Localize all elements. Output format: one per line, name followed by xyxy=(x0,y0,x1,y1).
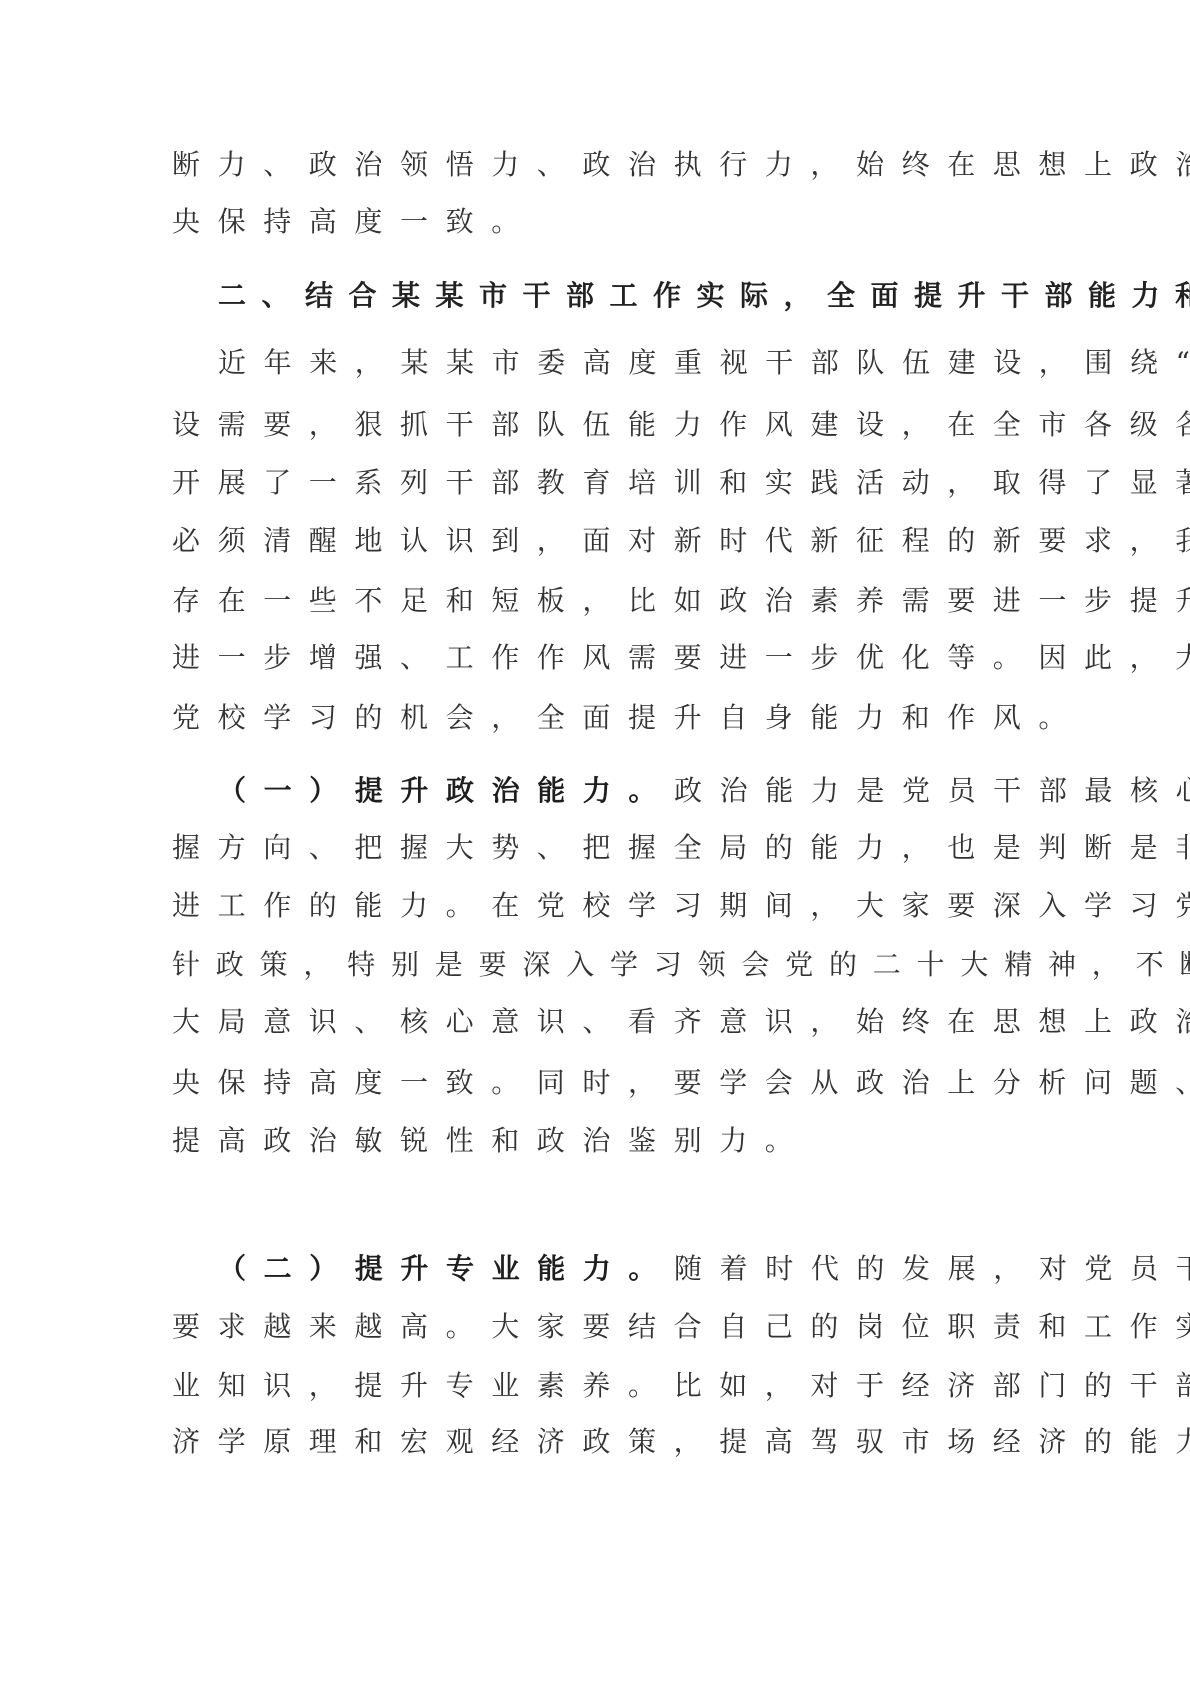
paragraph-line: 开展了一系列干部教育培训和实践活动，取得了显著成效。但我们也 xyxy=(172,463,1022,503)
paragraph-line: 济学原理和宏观经济政策，提高驾驭市场经济的能力；对于社会建设 xyxy=(172,1422,1022,1462)
document-page: 断力、政治领悟力、政治执行力，始终在思想上政治上行动上同党中 央保持高度一致。 … xyxy=(0,0,1190,1683)
paragraph-line: 必须清醒地认识到，面对新时代新征程的新要求，我们的干部队伍还 xyxy=(172,521,1022,561)
paragraph-line: 党校学习的机会，全面提升自身能力和作风。 xyxy=(172,698,1022,738)
paragraph-line: 设需要，狠抓干部队伍能力作风建设，在全市各级各部门广大干部中 xyxy=(172,405,1022,445)
paragraph-line: 业知识，提升专业素养。比如，对于经济部门的干部，要深入学习经 xyxy=(172,1366,1022,1406)
paragraph-text: 随着时代的发展，对党员干部的专业能力 xyxy=(674,1252,1190,1285)
paragraph-line: 断力、政治领悟力、政治执行力，始终在思想上政治上行动上同党中 xyxy=(172,145,1022,185)
paragraph-line: 央保持高度一致。同时，要学会从政治上分析问题、解决问题，不断 xyxy=(172,1063,1022,1103)
subheading-paragraph-line: （二）提升专业能力。随着时代的发展，对党员干部的专业能力 xyxy=(218,1249,1068,1289)
subheading-political-ability: （一）提升政治能力。 xyxy=(218,774,674,807)
subheading-paragraph-line: （一）提升政治能力。政治能力是党员干部最核心的能力，是把 xyxy=(218,771,1068,811)
paragraph-line: 要求越来越高。大家要结合自己的岗位职责和工作实际，认真学习专 xyxy=(172,1307,1022,1347)
paragraph-text: 政治能力是党员干部最核心的能力，是把 xyxy=(674,774,1190,807)
section-heading: 二、结合某某市干部工作实际，全面提升干部能力和作风 xyxy=(218,276,1068,316)
paragraph-line: 近年来，某某市委高度重视干部队伍建设，围绕“六个春城”建 xyxy=(218,343,1068,383)
paragraph-line: 大局意识、核心意识、看齐意识，始终在思想上政治上行动上同党中 xyxy=(172,1002,1022,1042)
paragraph-line: 握方向、把握大势、把握全局的能力，也是判断是非、制定战略、推 xyxy=(172,828,1022,868)
paragraph-line: 进一步增强、工作作风需要进一步优化等。因此，大家要珍惜这次在 xyxy=(172,638,1022,678)
paragraph-line: 进工作的能力。在党校学习期间，大家要深入学习党的理论和路线方 xyxy=(172,886,1022,926)
paragraph-line: 针政策，特别是要深入学习领会党的二十大精神，不断增强政治意识、 xyxy=(172,945,1022,985)
paragraph-line: 存在一些不足和短板，比如政治素养需要进一步提升、专业能力需要 xyxy=(172,581,1022,621)
subheading-professional-ability: （二）提升专业能力。 xyxy=(218,1252,674,1285)
paragraph-line: 央保持高度一致。 xyxy=(172,202,1022,242)
paragraph-line: 提高政治敏锐性和政治鉴别力。 xyxy=(172,1121,1022,1161)
